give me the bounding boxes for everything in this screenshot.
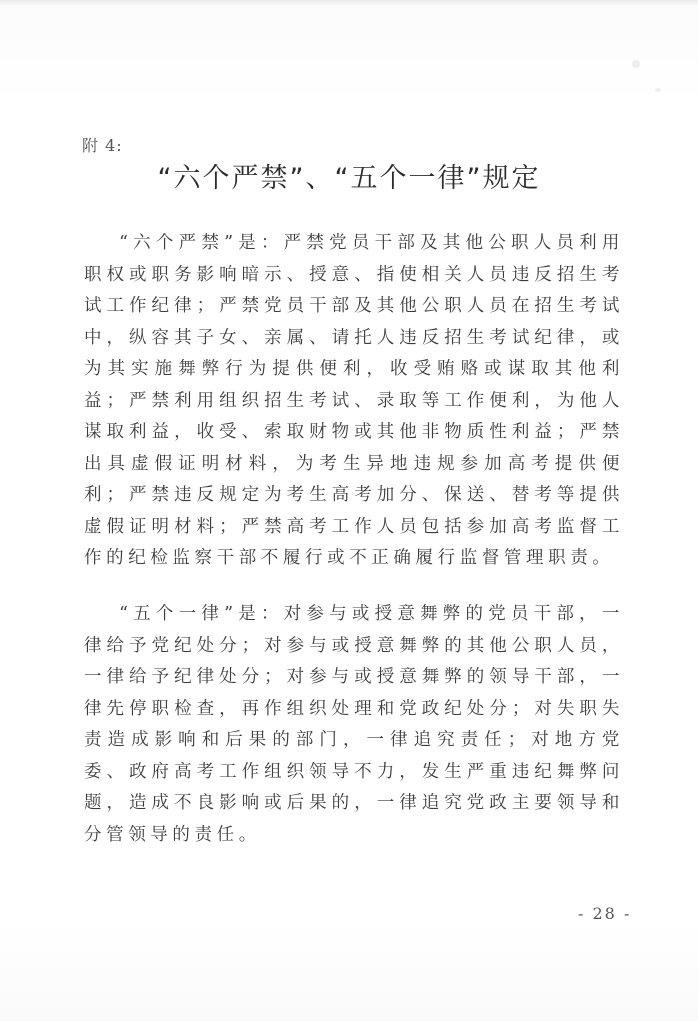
paragraph-five-rules: “五个一律”是：对参与或授意舞弊的党员干部，一律给予党纪处分；对参与或授意舞弊的… bbox=[84, 599, 624, 851]
scan-speck bbox=[632, 60, 640, 68]
scan-speck bbox=[655, 88, 661, 92]
scan-top-edge bbox=[0, 0, 698, 6]
document-title: “六个严禁”、“五个一律”规定 bbox=[0, 156, 698, 195]
attachment-label: 附 4: bbox=[82, 133, 123, 156]
page-number: - 28 - bbox=[578, 904, 631, 923]
paragraph-six-prohibitions: “六个严禁”是：严禁党员干部及其他公职人员利用职权或职务影响暗示、授意、指使相关… bbox=[84, 228, 624, 575]
document-page: 附 4: “六个严禁”、“五个一律”规定 “六个严禁”是：严禁党员干部及其他公职… bbox=[0, 0, 698, 1021]
